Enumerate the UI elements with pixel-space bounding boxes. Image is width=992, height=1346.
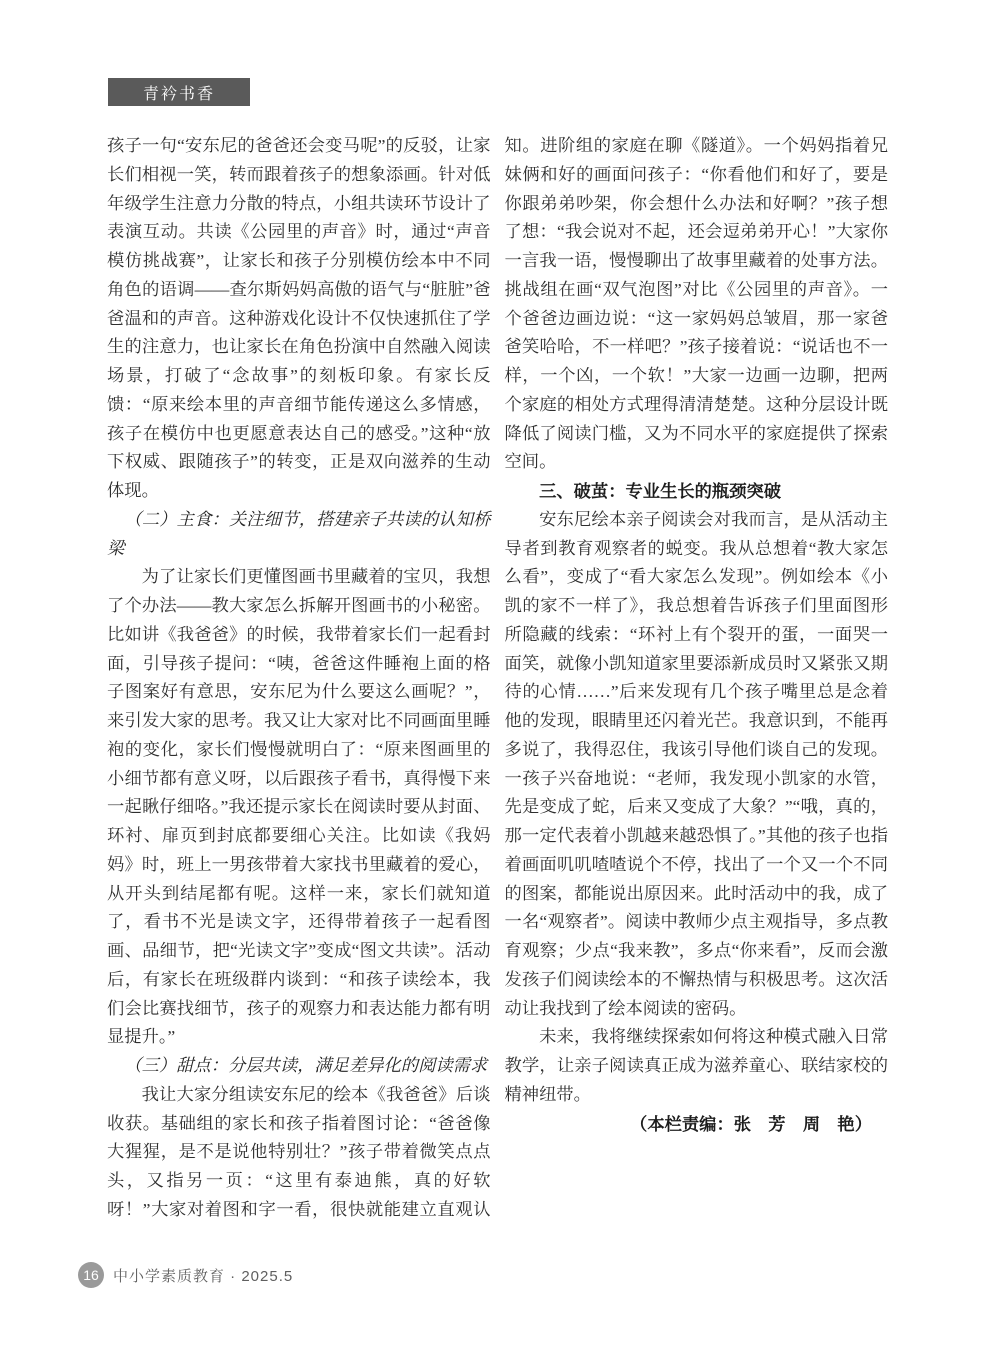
article-body: 孩子一句“安东尼的爸爸还会变马呢”的反驳，让家长们相视一笑，转而跟着孩子的想象添… [107,132,888,1228]
paragraph: 未来，我将继续探索如何将这种模式融入日常教学，让亲子阅读真正成为滋养童心、联结家… [505,1023,889,1109]
paragraph: 为了让家长们更懂图画书里藏着的宝贝，我想了个办法——教大家怎么拆解开图画书的小秘… [107,563,491,1052]
column-badge: 青衿书香 [108,78,250,106]
page-footer: 16 中小学素质教育 · 2025.5 [78,1262,293,1288]
paragraph-continuation: 孩子一句“安东尼的爸爸还会变马呢”的反驳，让家长们相视一笑，转而跟着孩子的想象添… [107,132,491,506]
page-number-badge: 16 [78,1262,104,1288]
subheading-3: （三）甜点：分层共读，满足差异化的阅读需求 [107,1052,491,1081]
editor-note: （本栏责编：张 芳 周 艳） [505,1110,889,1139]
section-heading-3: 三、破茧：专业生长的瓶颈突破 [505,477,889,506]
paragraph: 安东尼绘本亲子阅读会对我而言，是从活动主导者到教育观察者的蜕变。我从总想着“教大… [505,506,889,1024]
magazine-page: 青衿书香 孩子一句“安东尼的爸爸还会变马呢”的反驳，让家长们相视一笑，转而跟着孩… [0,0,992,1346]
subheading-2: （二）主食：关注细节，搭建亲子共读的认知桥梁 [107,506,491,564]
journal-title: 中小学素质教育 · 2025.5 [113,1265,293,1286]
